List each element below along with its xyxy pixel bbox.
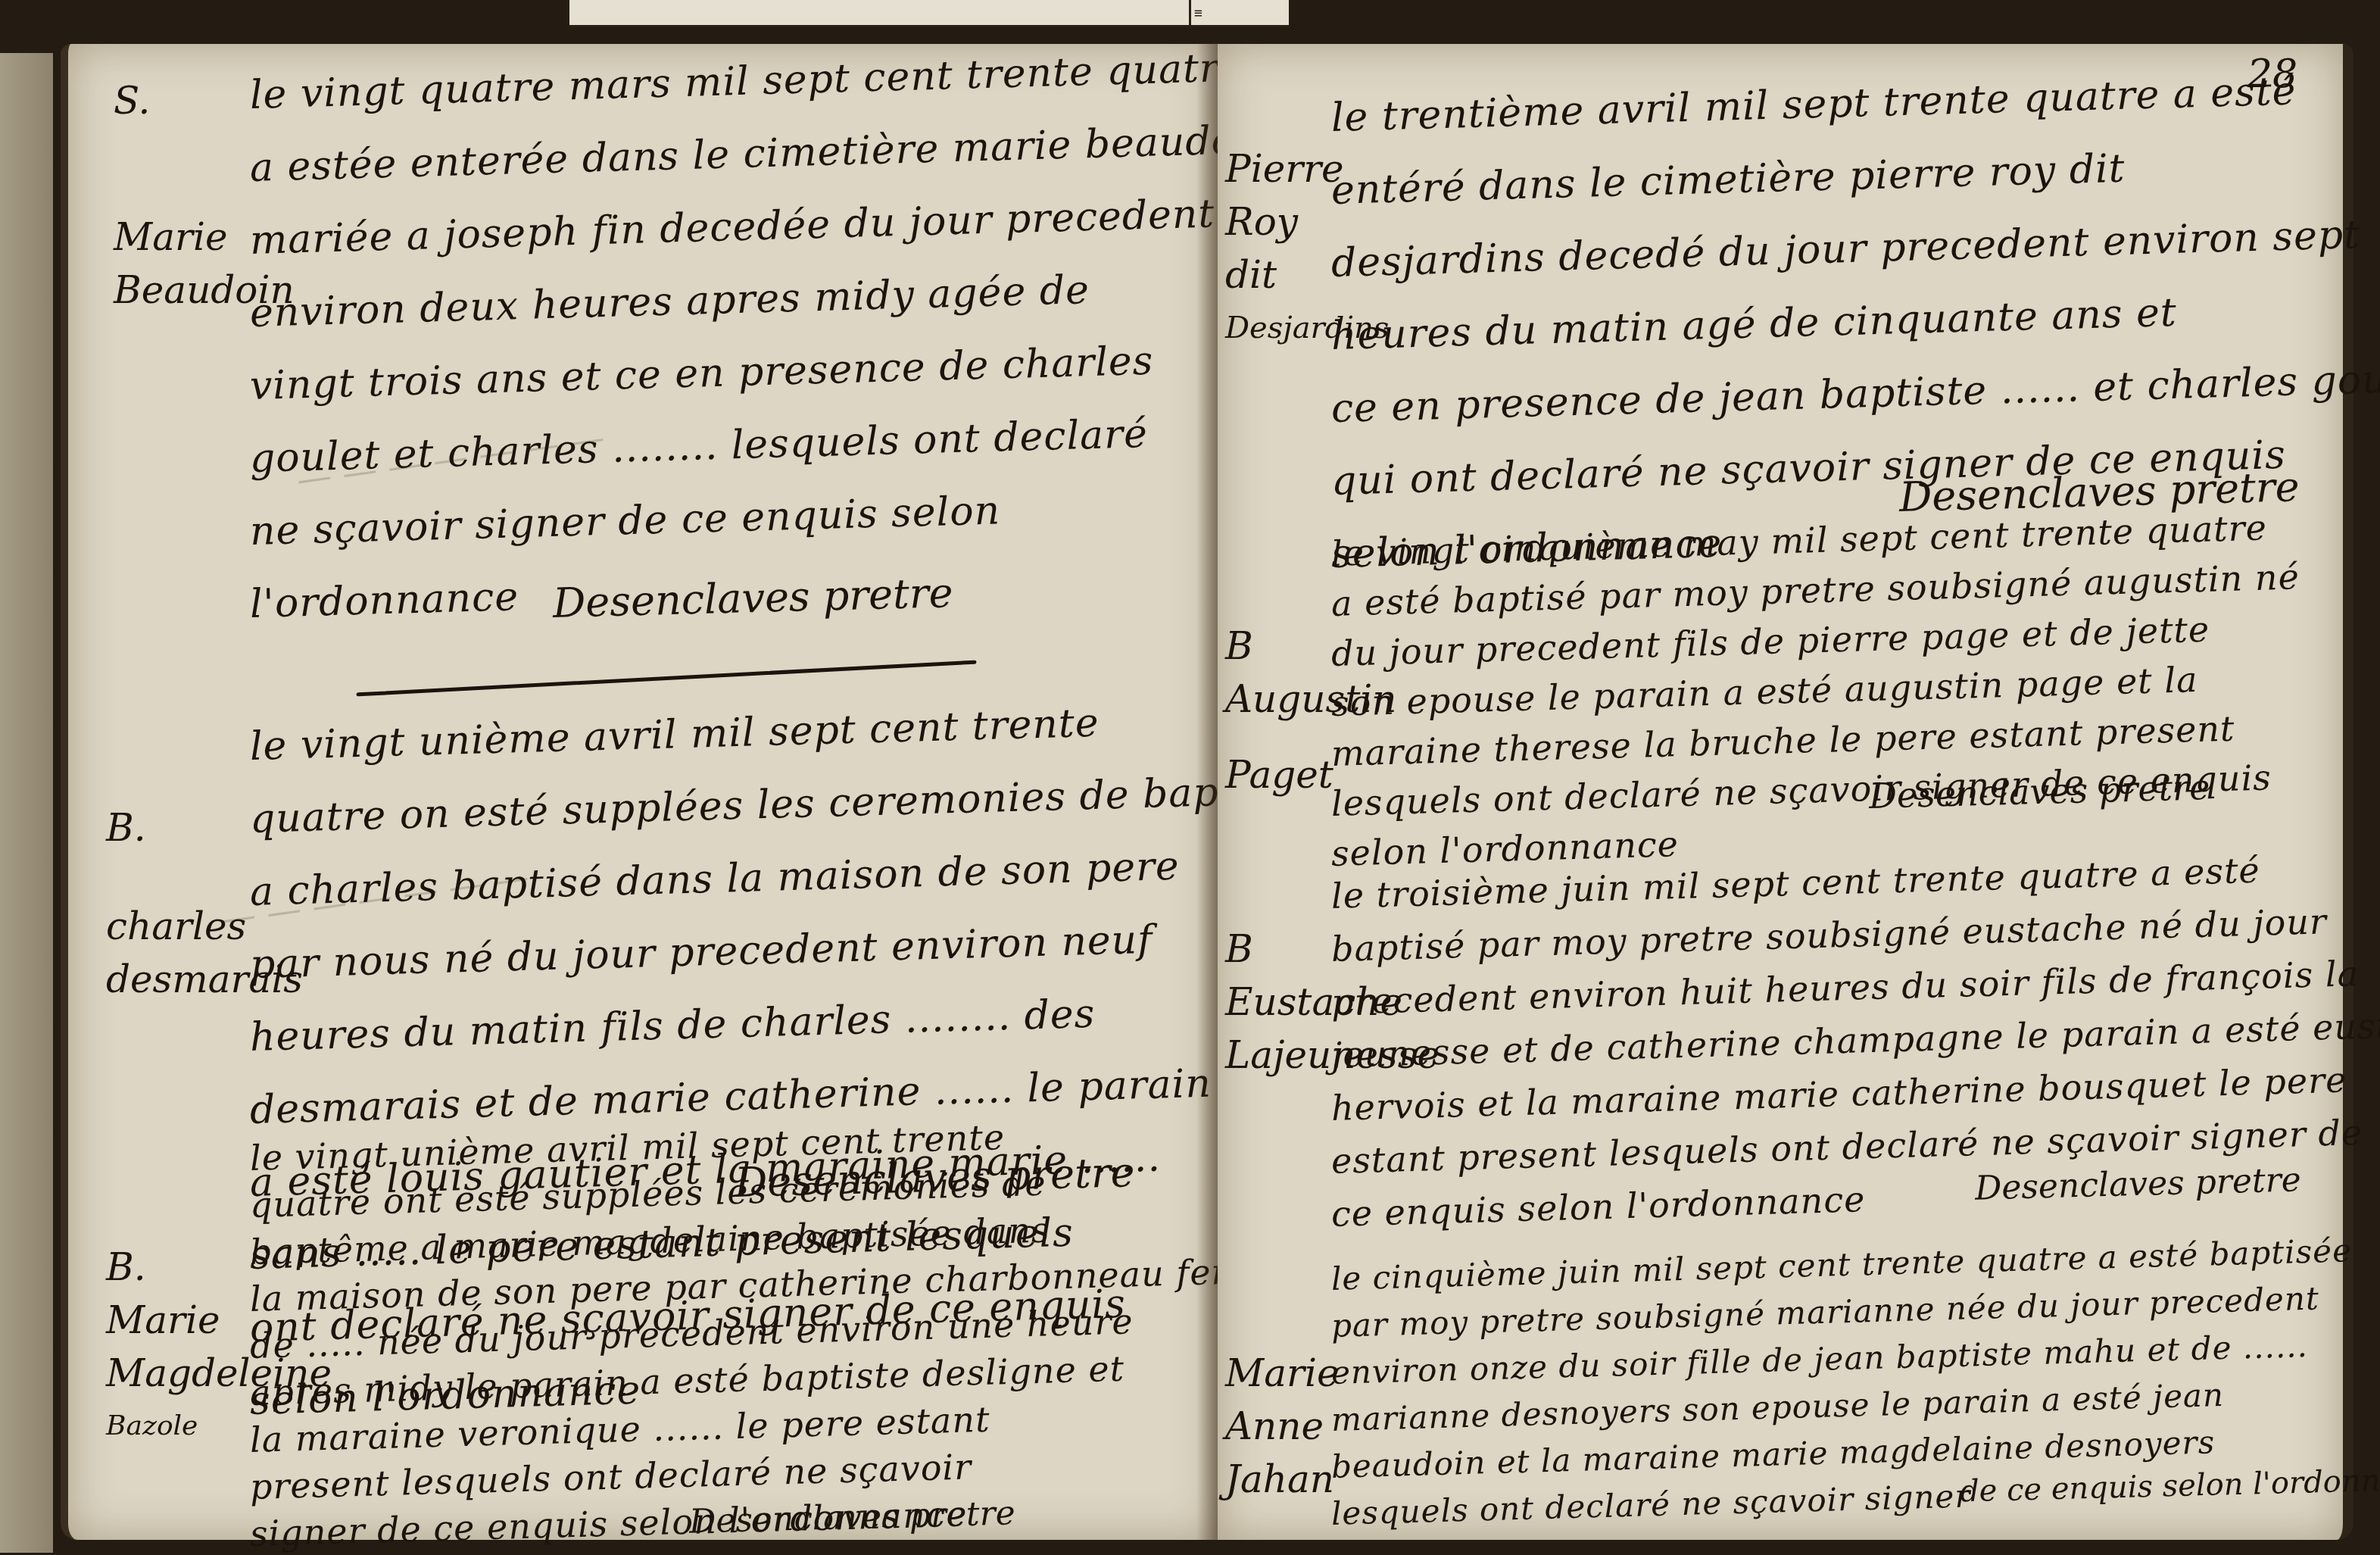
margin-note-baptism-marie-anne-jahan: Marie Anne Jahan [1225, 1347, 1340, 1506]
register-entry: le vingt quatre mars mil sept cent trent… [250, 59, 1275, 641]
archive-label-strip: ≡ [569, 0, 1289, 27]
adjacent-page-edge [0, 53, 53, 1553]
register-entry: le vingt cinquième may mil sept cent tre… [1331, 529, 2300, 879]
right-page: 28 Pierre Roy dit Desjardins le trentièm… [1218, 44, 2353, 1540]
label-mark: ≡ [1189, 0, 1206, 27]
margin-name: Anne [1225, 1400, 1340, 1453]
register-entry: le vingt unième avril mil sept cent tren… [250, 1135, 1279, 1555]
entry-divider-rule [356, 660, 976, 697]
margin-name: Marie [1225, 1347, 1340, 1400]
margin-name: Jahan [1225, 1453, 1340, 1506]
left-page: — — — — — — — — — — — — — — S. Marie Bea… [61, 44, 1218, 1540]
